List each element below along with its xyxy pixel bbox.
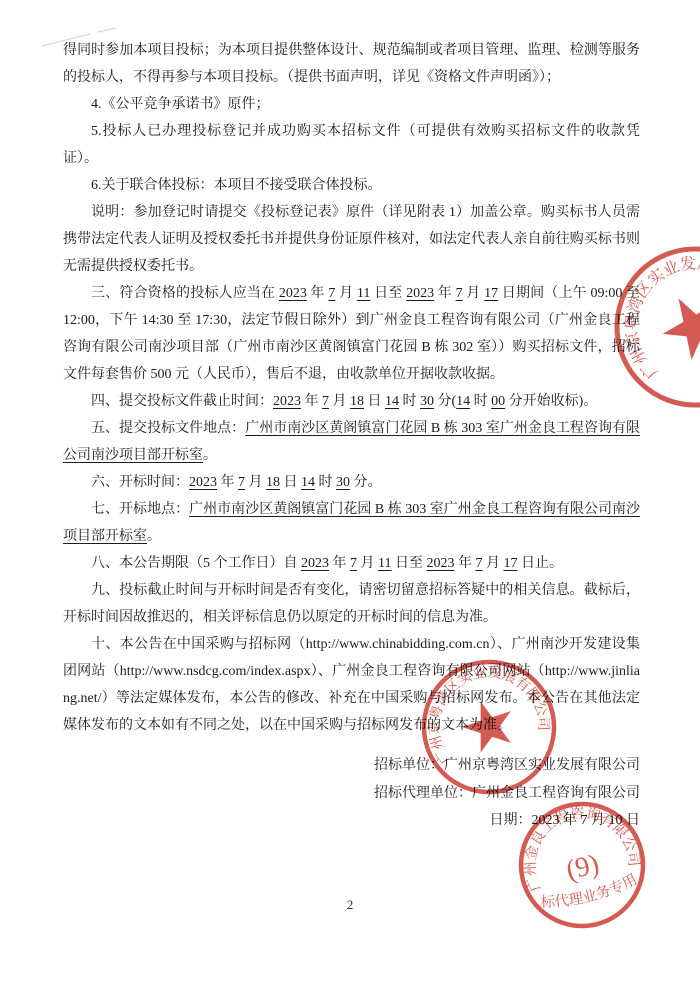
paragraph: 四、提交投标文件截止时间：2023 年 7 月 18 日 14 时 30 分(1… [63,388,640,415]
paragraph: 得同时参加本项目投标；为本项目提供整体设计、规范编制或者项目管理、监理、检测等服… [63,37,640,91]
text: 八、本公告期限（5 个工作日）自 [91,556,301,571]
text: 分开始收标)。 [505,394,597,409]
underlined-text: 18 [350,394,364,409]
underlined-text: 2023 [189,475,217,490]
page-number: 2 [0,897,700,913]
underlined-text: 7 [456,286,463,301]
underlined-text: 2023 [406,286,434,301]
text: 日 [364,394,385,409]
text: 4.《公平竞争承诺书》原件； [91,97,270,112]
underlined-text: 17 [503,556,517,571]
text: 月 [482,556,503,571]
underlined-text: 2023 [279,286,307,301]
underlined-text: 7 [238,475,245,490]
underlined-text: 18 [266,475,280,490]
underlined-text: 14 [456,394,470,409]
text: 日 [280,475,301,490]
paragraph: 6.关于联合体投标：本项目不接受联合体投标。 [63,172,640,199]
paragraph: 说明：参加登记时请提交《投标登记表》原件（详见附表 1）加盖公章。购买标书人员需… [63,199,640,280]
text: 说明：参加登记时请提交《投标登记表》原件（详见附表 1）加盖公章。购买标书人员需… [63,205,640,274]
text: 。 [147,529,161,544]
company-seal-partial-stamp: 广州京粤湾区实业发展有限公司 [605,237,700,417]
text: 月 [329,394,350,409]
text: 月 [335,286,357,301]
text: 日至 [370,286,406,301]
agency-seal-stamp: 广州金良工程咨询有限公司 (9) 招标代理业务专用章 [511,794,653,936]
text: 月 [245,475,266,490]
text: 七、开标地点： [91,502,189,517]
text: 。 [203,448,217,463]
star-icon [651,283,700,366]
text: 四、提交投标文件截止时间： [91,394,273,409]
paragraph: 五、提交投标文件地点：广州市南沙区黄阁镇富门花园 B 栋 303 室广州金良工程… [63,415,640,469]
text: 年 [434,286,456,301]
text: 三、符合资格的投标人应当在 [91,286,279,301]
text: 五、提交投标文件地点： [91,421,245,436]
text: 年 [454,556,475,571]
text: 时 [470,394,491,409]
paragraph: 八、本公告期限（5 个工作日）自 2023 年 7 月 11 日至 2023 年… [63,550,640,577]
company-seal-stamp: 广州京粤湾区实业发展有限公司 [414,652,564,802]
underlined-text: 2023 [301,556,329,571]
text: 日止。 [517,556,563,571]
underlined-text: 7 [350,556,357,571]
underlined-text: 30 [336,475,350,490]
text: 得同时参加本项目投标；为本项目提供整体设计、规范编制或者项目管理、监理、检测等服… [63,43,640,85]
text: 六、开标时间： [91,475,189,490]
underlined-text: 2023 [426,556,454,571]
text: 6.关于联合体投标：本项目不接受联合体投标。 [91,178,382,193]
text: 年 [217,475,238,490]
seal-number: (9) [563,848,602,886]
text: 日至 [391,556,426,571]
text: 月 [357,556,378,571]
underlined-text: 14 [301,475,315,490]
document-page: 得同时参加本项目投标；为本项目提供整体设计、规范编制或者项目管理、监理、检测等服… [0,0,700,990]
text: 九、投标截止时间与开标时间是否有变化，请密切留意招标答疑中的相关信息。截标后，开… [63,583,640,625]
paragraph: 5.投标人已办理投标登记并成功购买本招标文件（可提供有效购买招标文件的收款凭证）… [63,118,640,172]
underlined-text: 11 [357,286,370,301]
paragraph: 4.《公平竞争承诺书》原件； [63,91,640,118]
underlined-text: 30 [420,394,434,409]
star-icon [456,693,520,755]
text: 5.投标人已办理投标登记并成功购买本招标文件（可提供有效购买招标文件的收款凭证）… [63,124,640,166]
underlined-text: 11 [378,556,391,571]
text: 分( [434,394,456,409]
text: 年 [301,394,322,409]
text: 时 [315,475,336,490]
underlined-text: 00 [491,394,505,409]
text: 月 [463,286,485,301]
underlined-text: 17 [484,286,498,301]
text: 年 [329,556,350,571]
paragraph: 六、开标时间：2023 年 7 月 18 日 14 时 30 分。 [63,469,640,496]
underlined-text: 14 [385,394,399,409]
text: 年 [307,286,329,301]
paragraphs: 得同时参加本项目投标；为本项目提供整体设计、规范编制或者项目管理、监理、检测等服… [63,37,640,739]
paragraph: 七、开标地点：广州市南沙区黄阁镇富门花园 B 栋 303 室广州金良工程咨询有限… [63,496,640,550]
text: 时 [399,394,420,409]
text: 分。 [350,475,382,490]
underlined-text: 7 [322,394,329,409]
underlined-text: 2023 [273,394,301,409]
paragraph: 三、符合资格的投标人应当在 2023 年 7 月 11 日至 2023 年 7 … [63,280,640,388]
paragraph: 九、投标截止时间与开标时间是否有变化，请密切留意招标答疑中的相关信息。截标后，开… [63,577,640,631]
